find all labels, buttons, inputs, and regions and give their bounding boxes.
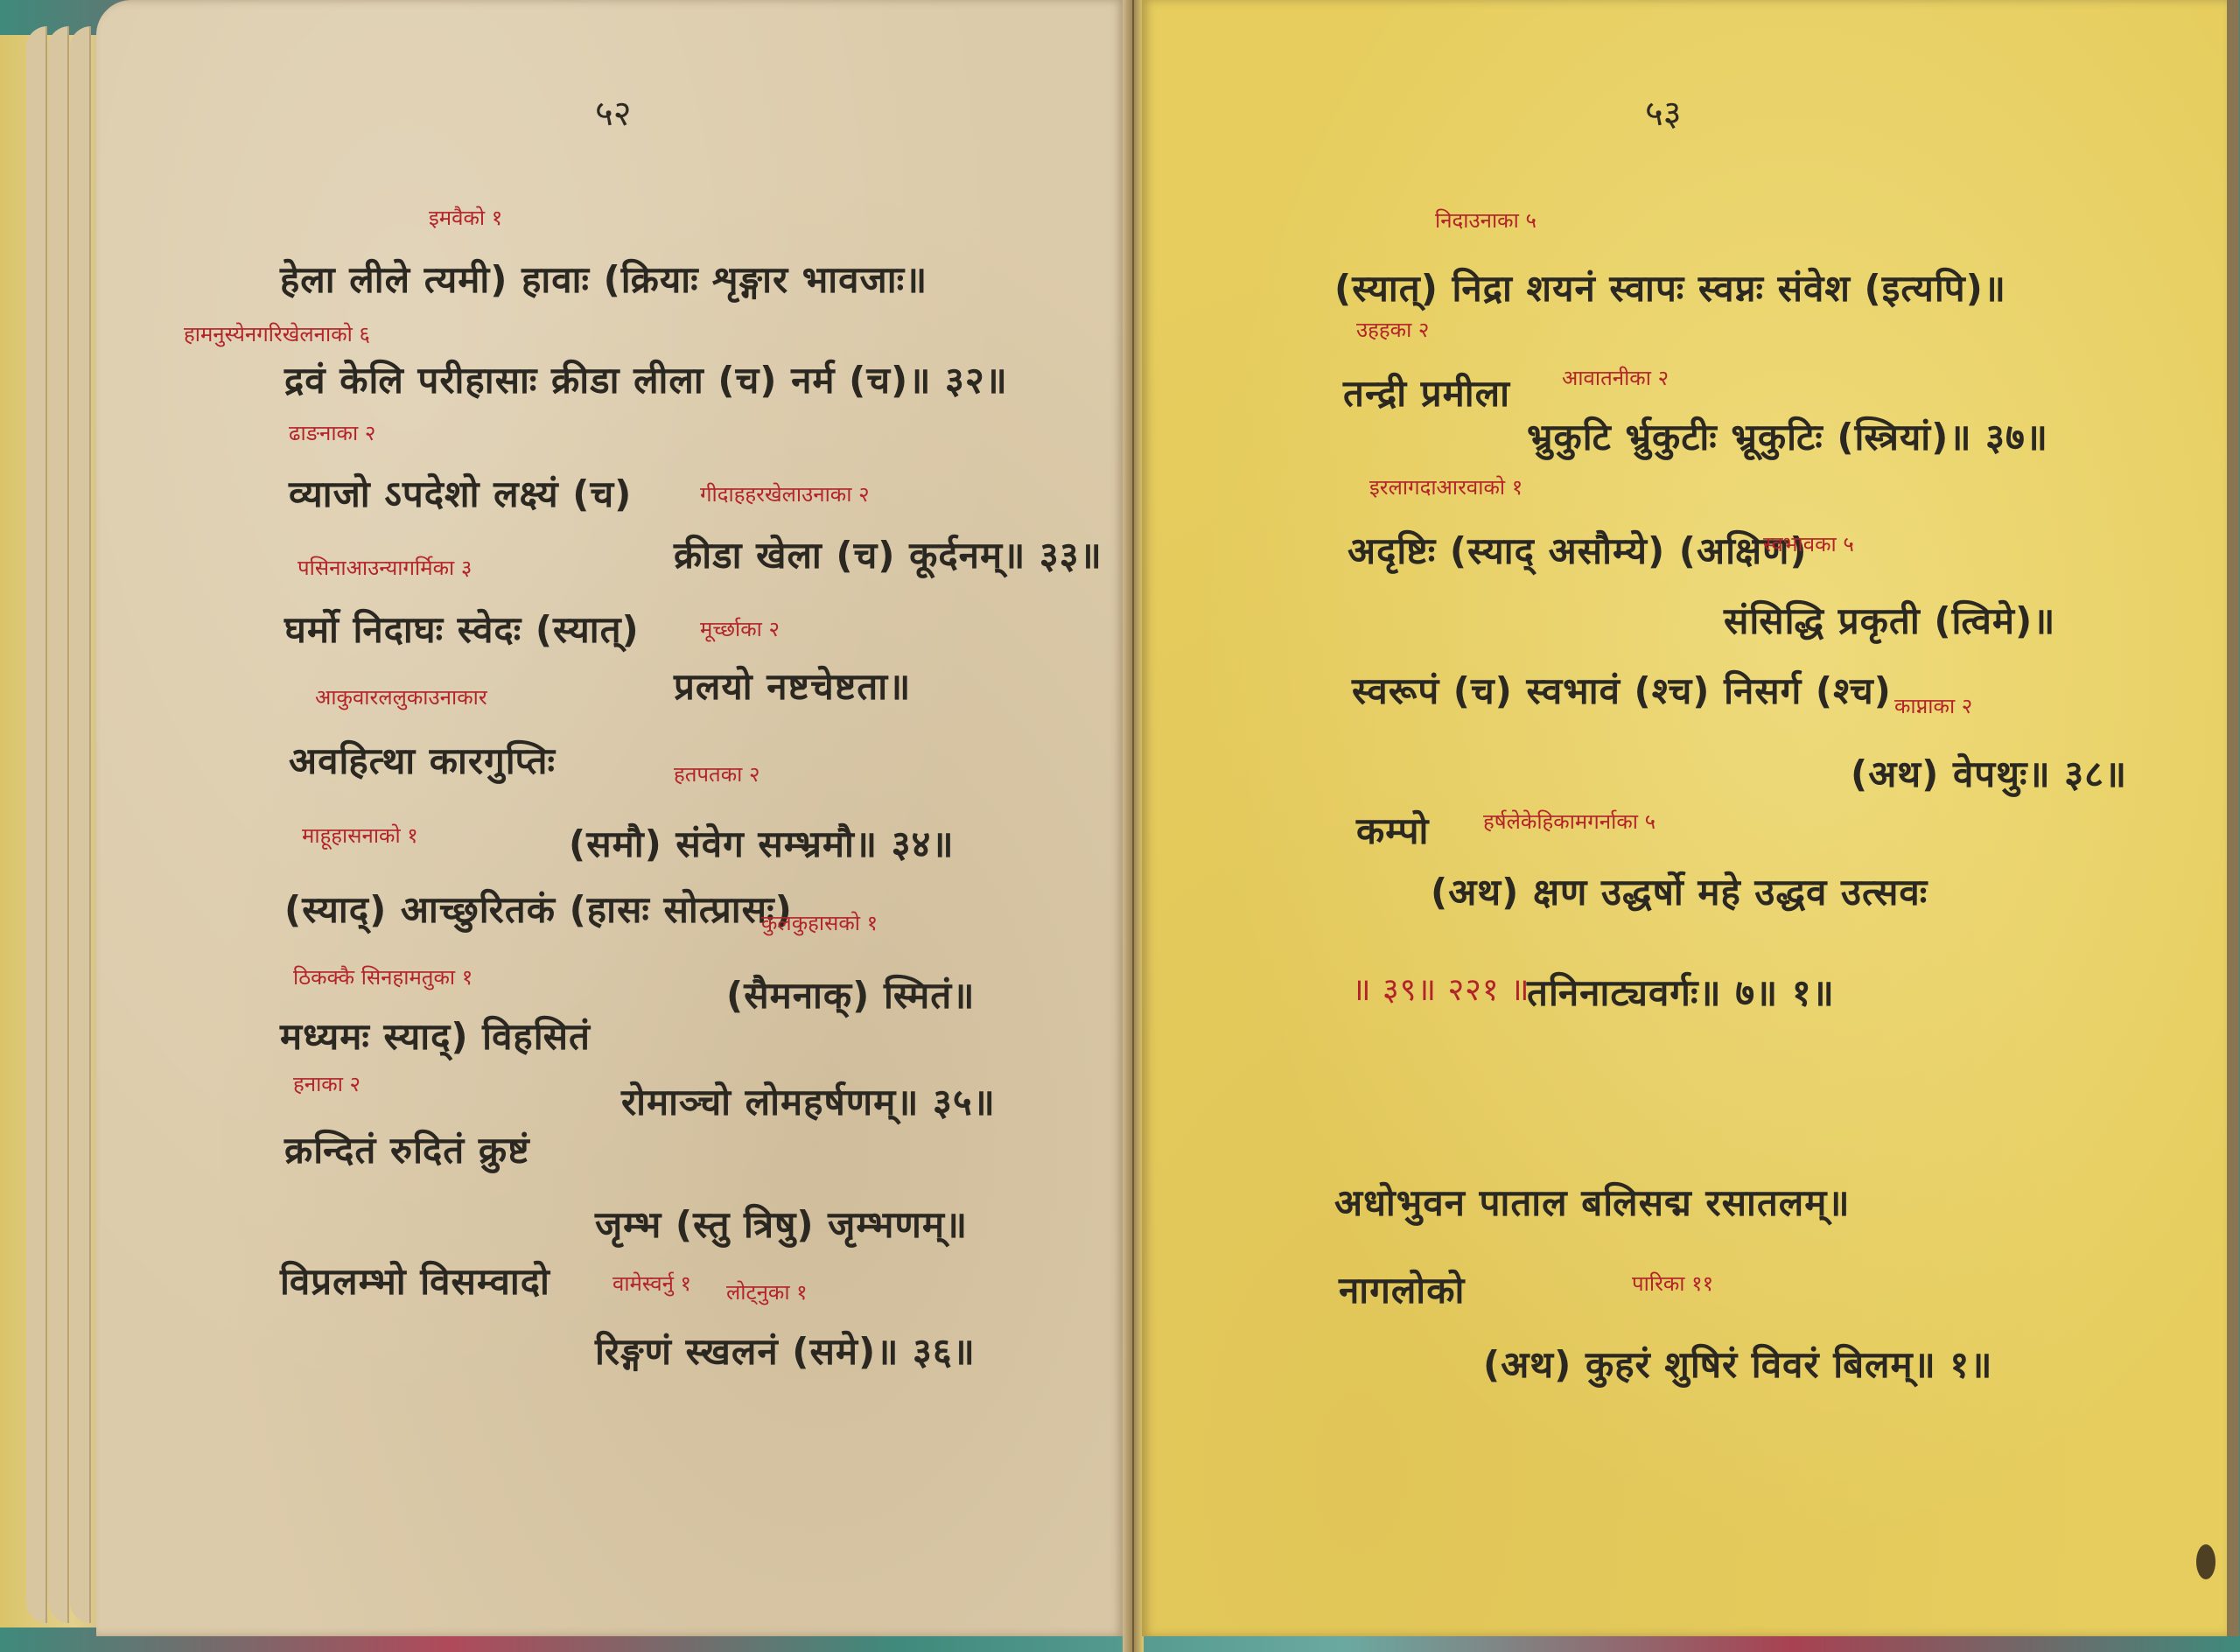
left-page: ५२ इमवैको १ हेला लीले त्यमी) हावाः (क्रि… (96, 0, 1124, 1636)
gloss: हर्षलेकेहिकामगर्नाका ५ (1483, 807, 1655, 836)
gloss: आकुवारललुकाउनाकार (315, 682, 487, 711)
text-line: मध्यमः स्याद्) विहसितं (280, 1011, 591, 1060)
gloss: हनाका २ (293, 1069, 360, 1098)
text-line: प्रलयो नष्टचेष्टता॥ (674, 661, 911, 710)
gloss: उहहका २ (1356, 315, 1429, 344)
text-line: (अथ) वेपथुः॥ ३८॥ (1851, 748, 2127, 798)
right-page: ५३ निदाउनाका ५ (स्यात्) निद्रा शयनं स्वा… (1142, 0, 2239, 1636)
text-line: अधोभुवन पाताल बलिसद्म रसातलम्॥ (1334, 1177, 1851, 1227)
text-line: विप्रलम्भो विसम्वादो (280, 1256, 550, 1305)
gloss: मूर्च्छाका २ (700, 614, 780, 643)
ink-stain (2196, 1544, 2215, 1579)
text-line: क्रन्दितं रुदितं क्रुष्टं (284, 1124, 530, 1174)
gloss: माहूहासनाको १ (302, 821, 418, 850)
text-line: (अथ) कुहरं शुषिरं विवरं बिलम्॥ १॥ (1483, 1339, 1992, 1389)
gloss: कुलकुहासको १ (761, 908, 878, 937)
text-line: (अथ) क्षण उद्धर्षो महे उद्धव उत्सवः (1431, 866, 1928, 916)
page-stack-edge (70, 26, 91, 1623)
folio-number: ५३ (1645, 87, 1682, 136)
text-line: नागलोको (1339, 1264, 1465, 1314)
gloss: पारिका ११ (1632, 1269, 1713, 1298)
chapter-colophon: तनिनाट्यवर्गः॥ ७॥ १॥ (1527, 967, 1835, 1017)
text-line: कम्पो (1356, 805, 1429, 855)
gloss: आवातनीका २ (1562, 363, 1669, 392)
text-line: हेला लीले त्यमी) हावाः (क्रियाः शृङ्गार … (280, 254, 927, 304)
text-line: जृम्भ (स्तु त्रिषु) जृम्भणम्॥ (595, 1199, 968, 1249)
text-line: (स्याद्) आच्छुरितकं (हासः सोत्प्रासः) (284, 884, 793, 934)
page-stack-edge (26, 26, 47, 1623)
text-line: घर्मो निदाघः स्वेदः (स्यात्) (284, 604, 640, 654)
text-line: रिङ्गणं स्खलनं (समे)॥ ३६॥ (595, 1326, 976, 1375)
gloss: हामनुस्येनगरिखेलनाको ६ (184, 319, 370, 348)
text-line: तन्द्री प्रमीला (1343, 367, 1510, 417)
gloss: स्वभावका ५ (1763, 529, 1854, 558)
colophon-numbers: ॥ ३९॥ २२१ ॥ (1352, 967, 1530, 1010)
gloss: लोट्नुका १ (726, 1277, 808, 1306)
page-stack-edge (48, 26, 69, 1623)
text-line: अवहित्था कारगुप्तिः (289, 735, 556, 785)
text-line: भ्रुकुटि र्भ्रुकुटीः भ्रूकुटिः (स्त्रिया… (1527, 411, 2048, 461)
gloss: ठिकक्कै सिनहामतुका १ (293, 962, 472, 991)
text-line: (सैमनाक्) स्मितं॥ (726, 969, 975, 1019)
folio-number: ५२ (595, 87, 632, 136)
text-line: स्वरूपं (च) स्वभावं (श्च) निसर्ग (श्च) (1352, 665, 1892, 715)
gloss: हतपतका २ (674, 759, 760, 788)
gloss: पसिनाआउन्यागर्मिका ३ (297, 553, 472, 582)
gloss: गीदाहहरखेलाउनाका २ (700, 479, 870, 508)
text-line: द्रवं केलि परीहासाः क्रीडा लीला (च) नर्म… (284, 354, 1008, 404)
gloss: निदाउनाका ५ (1435, 206, 1536, 234)
text-line: संसिद्धि प्रकृती (त्विमे)॥ (1724, 595, 2055, 645)
gloss: इमवैको १ (429, 203, 502, 232)
gloss: इरलागदाआरवाको १ (1369, 472, 1522, 501)
text-line: व्याजो ऽपदेशो लक्ष्यं (च) (289, 468, 632, 518)
text-line: अदृष्टिः (स्याद् असौम्ये) (अक्षिण) (1347, 525, 1808, 575)
text-line: (स्यात्) निद्रा शयनं स्वापः स्वप्नः संवे… (1334, 262, 2006, 312)
text-line: (समौ) संवेग सम्भ्रमौ॥ ३४॥ (569, 818, 955, 868)
text-line: रोमाञ्चो लोमहर्षणम्॥ ३५॥ (621, 1076, 996, 1126)
gloss: ढाङनाका २ (289, 418, 375, 447)
book-gutter (1123, 0, 1144, 1652)
text-line: क्रीडा खेला (च) कूर्दनम्॥ ३३॥ (674, 529, 1102, 579)
gloss: वामेस्वर्नु १ (612, 1269, 691, 1298)
gloss: काप्नाका २ (1894, 691, 1972, 720)
